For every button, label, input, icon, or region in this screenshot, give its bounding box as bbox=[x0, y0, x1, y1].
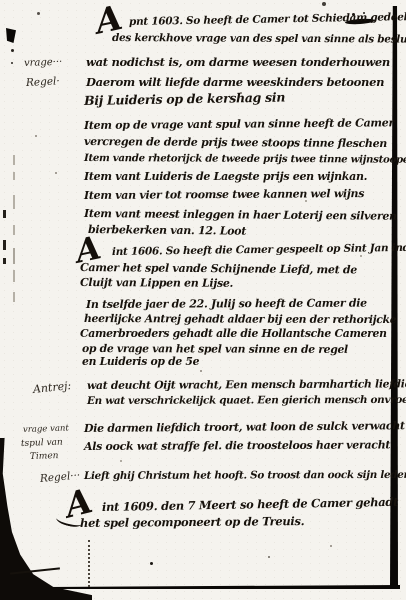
margin-note: vrage vant bbox=[23, 424, 69, 434]
manuscript-line: En wat verschrickelijck quaet. Een gieri… bbox=[87, 395, 406, 407]
margin-note: Regel· bbox=[26, 76, 60, 88]
manuscript-line: des kerckhove vrage van des spel van sin… bbox=[112, 33, 406, 45]
margin-note: Regel··· bbox=[40, 470, 81, 484]
manuscript-line: Cluijt van Lippen en Lijse. bbox=[80, 277, 233, 289]
manuscript-line: en Luideris op de 5e bbox=[82, 357, 199, 368]
edge-dash bbox=[3, 210, 6, 218]
manuscript-line: wat deucht Oijt wracht, Een mensch barmh… bbox=[87, 379, 406, 392]
ink-speck bbox=[360, 255, 362, 257]
edge-dash bbox=[13, 248, 15, 264]
edge-dash bbox=[13, 155, 15, 165]
manuscript-line: Lieft ghij Christum het hooft. So troost… bbox=[84, 470, 406, 482]
ink-speck bbox=[322, 2, 326, 6]
manuscript-line: In tselfde jaer de 22. Julij so heeft de… bbox=[86, 298, 367, 310]
edge-dash bbox=[13, 292, 15, 302]
ink-speck bbox=[150, 562, 153, 565]
manuscript-line: Item vant Luideris de Laegste prijs een … bbox=[84, 171, 367, 182]
ink-speck bbox=[35, 135, 37, 137]
manuscript-line: Item van vier tot roomse twee kannen wel… bbox=[84, 188, 364, 201]
ink-speck bbox=[55, 172, 57, 174]
fold-dotted-line bbox=[88, 540, 90, 587]
manuscript-line: heerlijcke Antrej gehadt aldaer bij een … bbox=[84, 314, 396, 326]
manuscript-line: bierbekerken van. 12. Loot bbox=[88, 224, 246, 237]
edge-dash bbox=[13, 172, 15, 180]
manuscript-line: wat nodichst is, om darme weesen tonderh… bbox=[86, 57, 390, 69]
manuscript-line: Item op de vrage vant spul van sinne hee… bbox=[84, 117, 394, 131]
manuscript-line: Item vande rhetorijck de tweede prijs tw… bbox=[84, 153, 406, 165]
top-left-ink-mark bbox=[6, 28, 16, 43]
margin-note: tspul van bbox=[21, 439, 63, 449]
manuscript-line: Item vant meest inleggen in haer Loterij… bbox=[84, 208, 397, 222]
margin-note: vrage··· bbox=[24, 58, 63, 69]
manuscript-line: het spel gecomponeert op de Treuis. bbox=[80, 516, 304, 529]
manuscript-line: Die darmen liefdich troort, wat loon de … bbox=[84, 420, 405, 434]
edge-dash bbox=[13, 270, 15, 282]
edge-dash bbox=[13, 225, 15, 235]
ink-speck bbox=[268, 556, 270, 558]
ink-speck bbox=[120, 460, 122, 462]
manuscript-line: int 1609. den 7 Meert so heeft de Camer … bbox=[102, 497, 398, 514]
ink-speck bbox=[11, 49, 14, 52]
manuscript-line: vercregen de derde prijs twee stoops tin… bbox=[84, 136, 387, 149]
manuscript-line: op de vrage van het spel van sinne en de… bbox=[82, 344, 348, 356]
edge-dash bbox=[13, 195, 15, 209]
margin-note: Antrej: bbox=[32, 380, 71, 395]
ink-speck bbox=[37, 12, 40, 15]
edge-dash bbox=[3, 258, 6, 264]
manuscript-line: Camer het spel vande Schijnende Liefd, m… bbox=[80, 262, 357, 275]
edge-dash bbox=[3, 240, 6, 250]
bottom-border-rule bbox=[6, 585, 400, 589]
ink-speck bbox=[200, 370, 202, 372]
ink-speck bbox=[330, 545, 332, 547]
ink-speck bbox=[11, 62, 13, 64]
manuscript-line: Bij Luideris op de kershag sin bbox=[84, 91, 285, 107]
manuscript-line: Daerom wilt liefde darme weeskinders bet… bbox=[86, 77, 384, 89]
manuscript-line: pnt 1603. So heeft de Camer tot Schiedam… bbox=[129, 12, 406, 28]
manuscript-page: A A A vrage··· Regel· Antrej: vrage vant… bbox=[0, 0, 406, 600]
margin-note: Timen bbox=[30, 452, 59, 462]
manuscript-line: Camerbroeders gehadt alle die Hollantsch… bbox=[80, 329, 387, 340]
manuscript-line: Als oock wat straffe fel. die troosteloo… bbox=[84, 439, 390, 452]
